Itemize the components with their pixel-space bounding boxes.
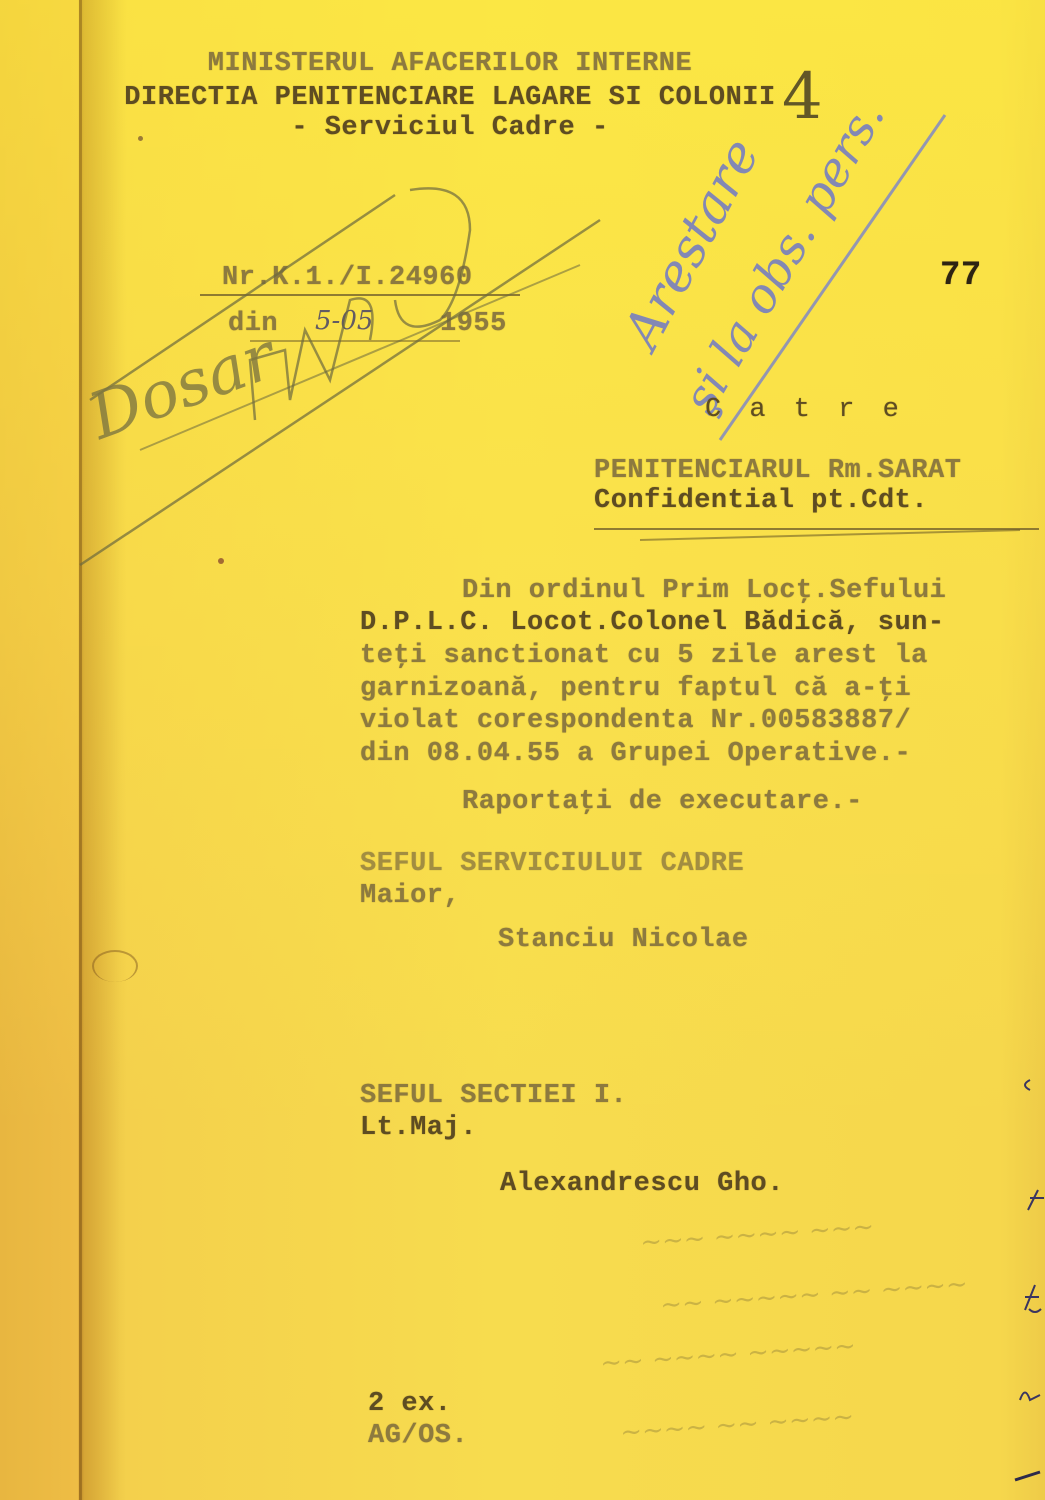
signature-2-title: SEFUL SECTIEI I. [360,1080,627,1112]
paper-stain [92,950,138,982]
body-line-1: Din ordinul Prim Locţ.Sefului [462,575,946,607]
signature-1-rank: Maior, [360,880,460,912]
page-number: 77 [940,260,982,292]
recipient-institution: PENITENCIARUL Rm.SARAT [594,455,961,487]
blue-ink-stroke [0,0,1045,450]
signature-2-name: Alexandrescu Gho. [500,1168,784,1200]
recipient-classification: Confidential pt.Cdt. [594,485,928,517]
recipient-underline [594,528,1039,530]
bleed-through-writing: ~~ ~~~~ ~~~~~ [599,1331,857,1379]
body-line-6: din 08.04.55 a Grupei Operative.- [360,738,911,770]
body-line-5: violat corespondenta Nr.00583887/ [360,705,911,737]
signature-2-rank: Lt.Maj. [360,1112,477,1144]
document-page: MINISTERUL AFACERILOR INTERNE DIRECTIA P… [0,0,1045,1500]
bleed-through-writing: ~~~ ~~~~ ~~~ [639,1212,875,1258]
typist-initials: AG/OS. [368,1420,468,1452]
signature-1-name: Stanciu Nicolae [498,924,749,956]
body-line-2: D.P.L.C. Locot.Colonel Bădică, sun- [360,607,945,639]
right-edge-handwriting [1000,1060,1045,1500]
copies-count: 2 ex. [368,1388,452,1420]
recipient-salutation: C a t r e [705,394,905,426]
bleed-through-writing: ~~ ~~~~~ ~~ ~~~~ [659,1269,968,1320]
body-line-3: teţi sanctionat cu 5 zile arest la [360,640,928,672]
bleed-through-writing: ~~~~ ~~ ~~~~ [619,1402,855,1448]
body-line-4: garnizoană, pentru faptul că a-ţi [360,673,911,705]
body-closing: Raportaţi de executare.- [462,786,863,818]
signature-1-title: SEFUL SERVICIULUI CADRE [360,848,744,880]
